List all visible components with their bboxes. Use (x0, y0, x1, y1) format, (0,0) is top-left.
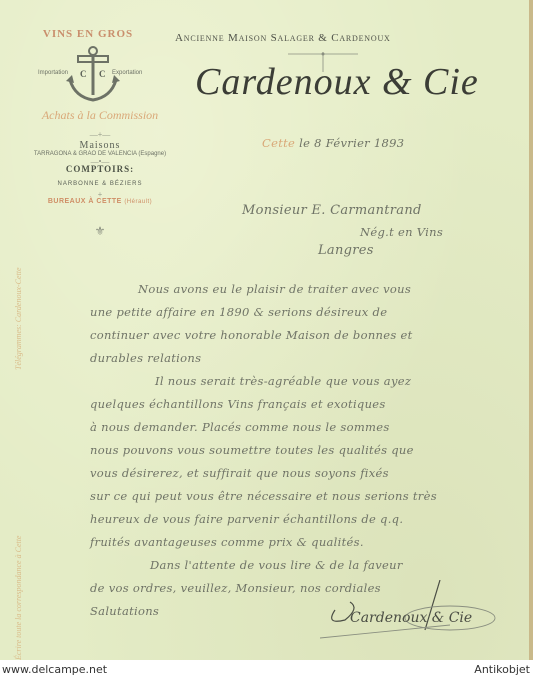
bureaux-label: BUREAUX À CETTE (48, 198, 122, 205)
date-line: Cette le 8 Février 1893 (262, 136, 404, 150)
place-name: Cette (262, 136, 295, 150)
footer-source-link[interactable]: www.delcampe.net (2, 663, 107, 676)
body-line: heureux de vous faire parvenir échantill… (90, 512, 403, 526)
body-line: nous pouvons vous soumettre toutes les q… (90, 443, 414, 457)
image-footer: www.delcampe.net Antikobjet (0, 660, 533, 680)
comptoirs-title: COMPTOIRS: (0, 164, 200, 174)
body-line: durables relations (90, 351, 201, 365)
importation-label: Importation (38, 70, 68, 76)
signature-text: Cardenoux & Cie (350, 610, 472, 626)
recipient-name: Monsieur E. Carmantrand (242, 203, 422, 218)
comptoirs-places: NARBONNE & BÉZIERS (0, 181, 200, 187)
maisons-title: Maisons (0, 140, 200, 151)
body-line: Salutations (90, 604, 159, 618)
svg-text:C: C (80, 69, 87, 79)
letter-paper: VINS EN GROS C C Importation Exportation… (0, 0, 533, 660)
body-line: une petite affaire en 1890 & serions dés… (90, 305, 387, 319)
bureaux-department: (Hérault) (124, 199, 152, 205)
body-line: continuer avec votre honorable Maison de… (90, 328, 413, 342)
fleuron-ornament: ⚜ (85, 224, 115, 239)
footer-seller: Antikobjet (474, 663, 530, 676)
body-line: sur ce qui peut vous être nécessaire et … (90, 489, 437, 503)
side-note-correspondence: Écrire toute la correspondance à Cette (14, 536, 23, 661)
body-line: vous désirerez, et suffirait que nous so… (90, 466, 389, 480)
body-line: quelques échantillons Vins français et e… (90, 397, 386, 411)
svg-text:C: C (99, 69, 106, 79)
letter-date: le 8 Février 1893 (299, 136, 404, 150)
signature-icon: Cardenoux & Cie (320, 580, 510, 640)
vins-en-gros-title: VINS EN GROS (38, 28, 138, 40)
exportation-label: Exportation (112, 70, 142, 76)
body-line: Dans l'attente de vous lire & de la fave… (150, 558, 403, 572)
ancienne-maison: Ancienne Maison Salager & Cardenoux (175, 32, 391, 44)
body-line: à nous demander. Placés comme nous le so… (90, 420, 390, 434)
side-note-telegrams: Télégrammes: Cardenoux-Cette (14, 267, 23, 370)
ornament-divider: —+— (85, 130, 115, 139)
recipient-city: Langres (318, 243, 374, 258)
recipient-title: Nég.t en Vins (360, 225, 443, 239)
body-line: Nous avons eu le plaisir de traiter avec… (138, 282, 411, 296)
paper-edge (529, 0, 533, 660)
body-line: fruités avantageuses comme prix & qualit… (90, 535, 364, 549)
company-name: Cardenoux & Cie (195, 60, 479, 104)
body-line: Il nous serait très-agréable que vous ay… (155, 374, 411, 388)
achats-commission: Achats à la Commission (20, 108, 180, 123)
bureaux-address: BUREAUX À CETTE (Hérault) (0, 198, 200, 205)
